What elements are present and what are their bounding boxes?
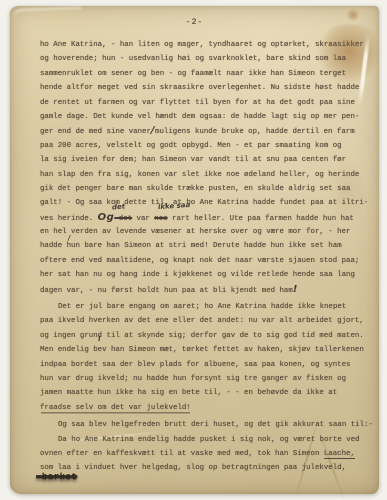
typed-line: paa ikveld hverken av det ene eller det … xyxy=(40,314,376,328)
typed-line: hende altfor meget ved sin skraasikre ov… xyxy=(40,81,376,95)
typed-line: hun var drug ikveld; nu hadde hun forsyn… xyxy=(40,372,376,386)
typed-text: ves herinde. xyxy=(40,215,98,223)
typed-text: her sat han nu og hang inde i kjøkkenet … xyxy=(40,271,355,279)
typed-text: og hoverende; hun - usedvanlig høi og sv… xyxy=(40,55,346,63)
typed-text: Da ho Ane Katrina endelig hadde pusket i… xyxy=(58,436,360,444)
paper-page: -2- ho Ane Katrina, - han liten og mager… xyxy=(10,6,379,494)
typed-line: Da ho Ane Katrina endelig hadde pusket i… xyxy=(40,433,376,447)
typed-text: Laache, xyxy=(324,450,355,459)
page-number: -2- xyxy=(10,18,379,27)
typed-text: paa 200 acres, velstelt og godt opbygd. … xyxy=(40,142,342,150)
typed-text: sammenruklet om sener og ben - og faamæl… xyxy=(40,70,346,78)
typed-line: Det er jul bare engang om aaret; ho Ane … xyxy=(40,300,376,314)
typed-text: Det er jul bare engang om aaret; ho Ane … xyxy=(58,303,346,311)
typed-line: oftere end ved maaltidene, og knapt nok … xyxy=(40,254,376,268)
typed-line: som laa i vinduet hver helgedag, slog op… xyxy=(40,461,376,475)
typed-text: paa ikveld hverken av det ene eller det … xyxy=(40,317,364,325)
typed-text: hende altfor meget ved sin skraasikre ov… xyxy=(40,84,359,92)
typed-text: som laa i vinduet hver helgedag, slog op… xyxy=(40,464,346,472)
typed-line: paa 200 acres, velstelt og godt opbygd. … xyxy=(40,139,376,153)
pencil-annotation: ! xyxy=(293,284,298,295)
typed-text: fraadse selv om det var julekveld! xyxy=(40,404,191,412)
typed-line: Og saa blev helgefreden brutt deri huset… xyxy=(40,418,376,432)
typed-text: gik det penger bare man skulde trække pu… xyxy=(40,185,350,193)
typed-line: sammenruklet om sener og ben - og faamæl… xyxy=(40,67,376,81)
struck-catchword: -barket xyxy=(36,472,77,482)
typed-text: han slap den fra sig, konen var slet ikk… xyxy=(40,171,359,179)
typed-text: jamen maatte hun ikke ha sig en bete til… xyxy=(40,389,337,397)
typed-line: indpaa bordet saa der blev plads for alb… xyxy=(40,358,376,372)
typed-text: muligens kunde bruke op, hadde dertil en… xyxy=(155,128,355,136)
pencil-annotation: det xyxy=(112,203,126,211)
scanned-document: -2- ho Ane Katrina, - han liten og mager… xyxy=(0,0,387,500)
typed-text: de rentet ut farmen og var flyttet til b… xyxy=(40,99,355,107)
typed-line: en hel verden av levende væsener at hers… xyxy=(40,225,376,239)
typed-line: jamen maatte hun ikke ha sig en bete til… xyxy=(40,386,376,400)
typed-line: hadde hun bare han Simeon at stri med! D… xyxy=(40,239,376,253)
typed-line: gamle dage. Det kunde vel hændt dem ogsa… xyxy=(40,110,376,124)
typed-text: rart heller. Ute paa farmen hadde hun ha… xyxy=(168,215,354,223)
typed-text: dagen var, - nu først holdt hun paa at b… xyxy=(40,287,293,295)
typed-line: og ingen grund til at skynde sig; derfor… xyxy=(40,329,376,343)
typed-text: en hel verden av levende væsener at hers… xyxy=(40,228,350,236)
typed-text: indpaa bordet saa der blev plads for alb… xyxy=(40,361,350,369)
typed-line: ger end de med sine vaner/muligens kunde… xyxy=(40,124,376,138)
typed-text: la sig iveien for dem; han Simeon var va… xyxy=(40,156,346,164)
typed-line: han slap den fra sig, konen var slet ikk… xyxy=(40,168,376,182)
typed-line: ho Ane Katrina, - han liten og mager, ty… xyxy=(40,38,376,52)
typed-text: og ingen grund til at skynde sig; derfor… xyxy=(40,332,364,340)
typed-line: dagen var, - nu først holdt hun paa at b… xyxy=(40,283,376,297)
typed-line: de rentet ut farmen og var flyttet til b… xyxy=(40,96,376,110)
pencil-annotation: / xyxy=(68,235,71,242)
typed-text: var xyxy=(132,215,154,223)
typed-line: og hoverende; hun - usedvanlig høi og sv… xyxy=(40,52,376,66)
typed-text: ovnen efter en kaffeskvætt til at vaske … xyxy=(40,450,324,458)
typed-text: ho Ane Katrina, - han liten og mager, ty… xyxy=(40,41,364,49)
pencil-annotation: Og xyxy=(98,212,115,223)
typed-line: her sat han nu og hang inde i kjøkkenet … xyxy=(40,268,376,282)
typed-line: ovnen efter en kaffeskvætt til at vaske … xyxy=(40,447,376,461)
typed-line: la sig iveien for dem; han Simeon var va… xyxy=(40,153,376,167)
typed-text: gamle dage. Det kunde vel hændt dem ogsa… xyxy=(40,113,359,121)
typed-text: Men endelig bev han Simeon mæt, tørket f… xyxy=(40,346,364,354)
typed-text: noe xyxy=(154,215,167,223)
typed-text: galt! - Og saa kom dette til, at ho Ane … xyxy=(40,199,368,207)
typewritten-text-block: ho Ane Katrina, - han liten og mager, ty… xyxy=(40,38,376,476)
typed-line: Men endelig bev han Simeon mæt, tørket f… xyxy=(40,343,376,357)
typed-line: ves herinde. Og det var noe rart heller.… xyxy=(40,211,376,225)
typed-line: gik det penger bare man skulde trække pu… xyxy=(40,182,376,196)
typed-text: hadde hun bare han Simeon at stri med! D… xyxy=(40,242,342,250)
typed-text: det xyxy=(114,215,132,223)
typed-text: ger end de med sine vaner xyxy=(40,128,151,136)
typed-line: fraadse selv om det var julekveld! xyxy=(40,401,376,415)
typed-text: oftere end ved maaltidene, og knapt nok … xyxy=(40,257,359,265)
typed-line: galt! - Og saa kom dette til, at ho Ane … xyxy=(40,196,376,210)
pencil-annotation: l xyxy=(98,336,101,343)
typed-text: hun var drug ikveld; nu hadde hun forsyn… xyxy=(40,375,346,383)
typed-text: Og saa blev helgefreden brutt deri huset… xyxy=(58,421,373,429)
